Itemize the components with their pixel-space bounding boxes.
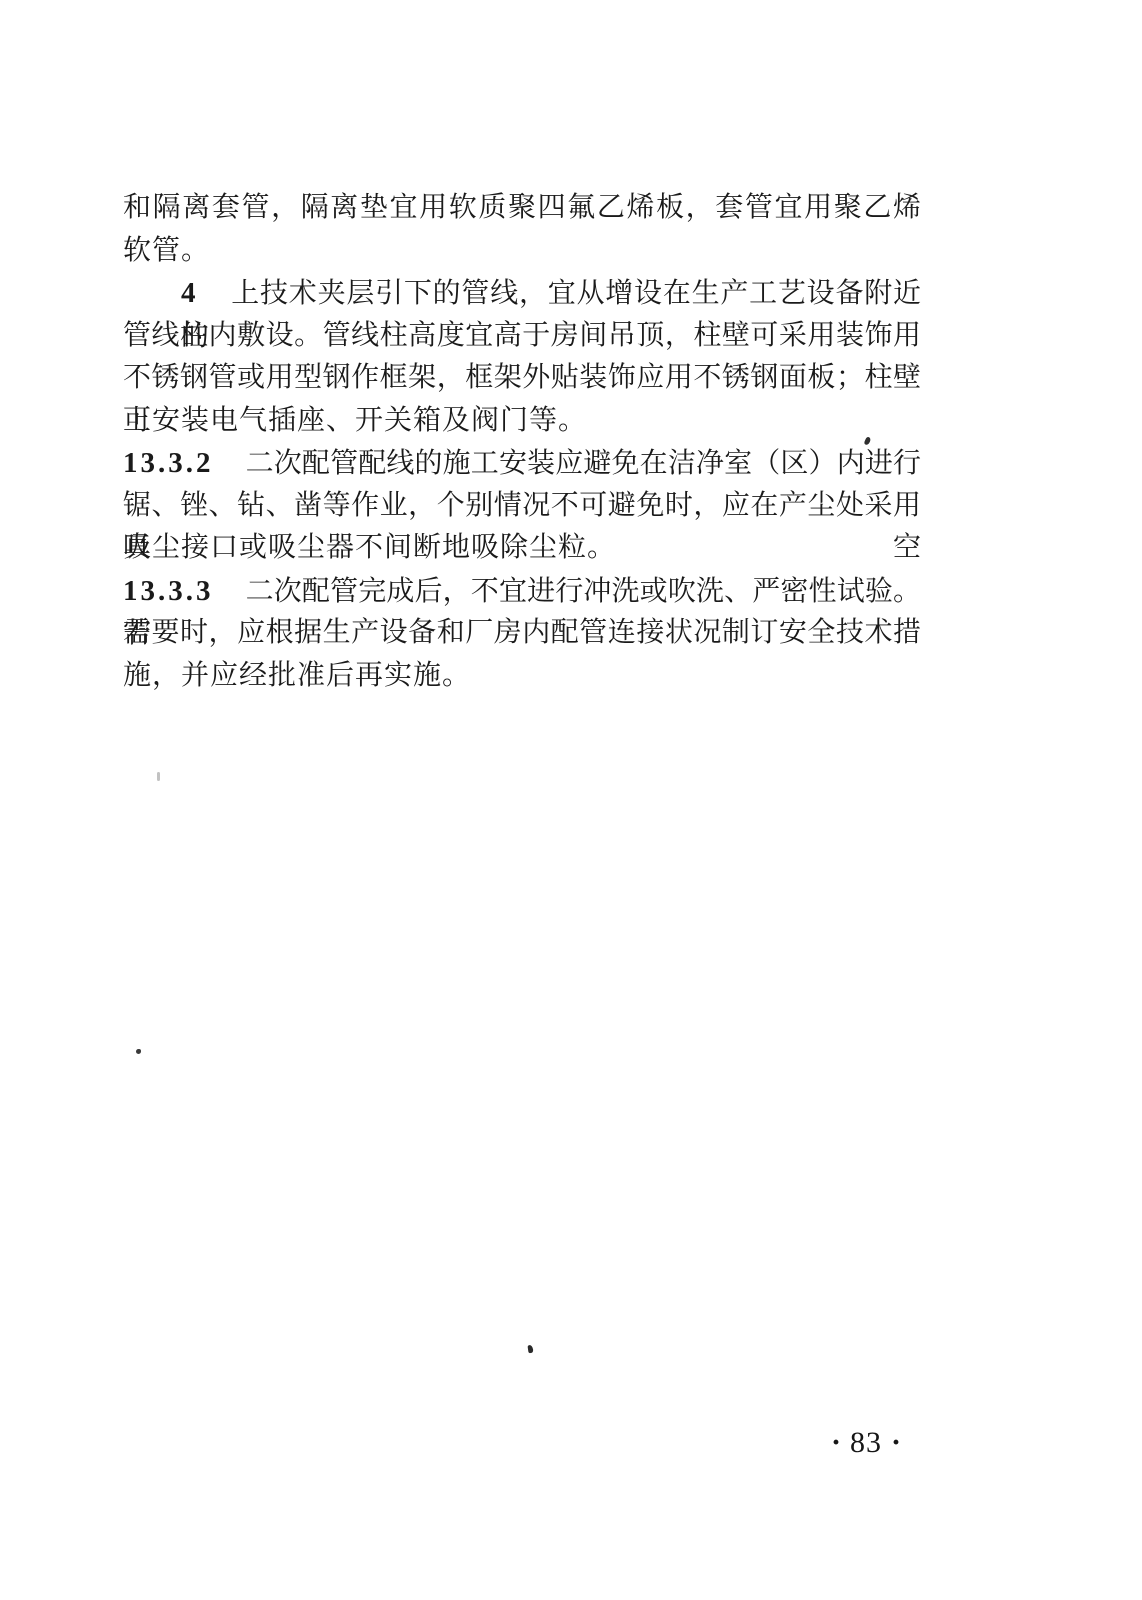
page-number-value: 83 [850,1428,882,1458]
text-line: 管线柱内敷设。管线柱高度宜高于房间吊顶，柱壁可采用装饰用 [123,315,921,358]
scan-artifact [527,1345,533,1354]
text-line-content: 吸尘接口或吸尘器不间断地吸除尘粒。 [123,532,616,563]
text-line-content: 二次配管配线的施工安装应避免在洁净室（区）内进行 [246,448,922,479]
clause-number: 13.3.3 [123,575,214,607]
text-line-content: 管线柱内敷设。管线柱高度宜高于房间吊顶，柱壁可采用装饰用 [123,320,921,351]
page-number-right-dot: · [891,1428,901,1458]
clause-number: 13.3.2 [123,447,214,479]
text-line-content: 施，并应经批准后再实施。 [123,660,471,691]
text-line-paragraph-end: 可安装电气插座、开关箱及阀门等。 [123,400,921,443]
text-line-clause: 13.3.2二次配管配线的施工安装应避免在洁净室（区）内进行 [123,442,921,485]
scan-artifact [136,1049,141,1054]
text-line: 不锈钢管或用型钢作框架，框架外贴装饰应用不锈钢面板；柱壁上 [123,357,921,400]
text-line-subclause: 4上技术夹层引下的管线，宜从增设在生产工艺设备附近的 [123,272,921,315]
text-line: 需要时，应根据生产设备和厂房内配管连接状况制订安全技术措 [123,612,921,655]
text-line-content: 可安装电气插座、开关箱及阀门等。 [123,405,587,436]
page-number-left-dot: · [831,1428,841,1458]
subclause-number: 4 [181,277,199,309]
text-line-paragraph-end: 软管。 [123,230,921,273]
text-line: 锯、锉、钻、凿等作业，个别情况不可避免时，应在产尘处采用真空 [123,485,921,528]
text-block: 和隔离套管，隔离垫宜用软质聚四氟乙烯板，套管宜用聚乙烯 软管。 4上技术夹层引下… [123,187,921,697]
text-line-clause: 13.3.3二次配管完成后，不宜进行冲洗或吹洗、严密性试验。若 [123,570,921,613]
page-number: · 83 · [831,1429,901,1457]
text-line: 和隔离套管，隔离垫宜用软质聚四氟乙烯板，套管宜用聚乙烯 [123,187,921,230]
text-line-paragraph-end: 施，并应经批准后再实施。 [123,655,921,698]
text-line-content: 和隔离套管，隔离垫宜用软质聚四氟乙烯板，套管宜用聚乙烯 [123,192,921,223]
text-line-content: 软管。 [123,235,210,266]
text-line-content: 需要时，应根据生产设备和厂房内配管连接状况制订安全技术措 [123,617,921,648]
scan-artifact [157,772,160,781]
scanned-document-page: 和隔离套管，隔离垫宜用软质聚四氟乙烯板，套管宜用聚乙烯 软管。 4上技术夹层引下… [0,0,1142,1600]
